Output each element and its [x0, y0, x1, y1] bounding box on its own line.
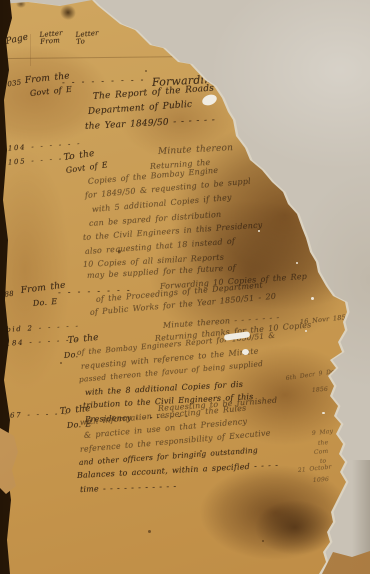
entry-1105-number: 1105 - - - - -	[2, 155, 73, 167]
paper-speck	[296, 262, 298, 264]
entry-ibid-number: Ibid 2 - - - - -	[2, 323, 80, 334]
entry-2567-subject-line: time - - - - - - - - - - -	[80, 483, 177, 495]
paper-hole	[201, 93, 219, 108]
manuscript-page: Page Letter From Letter To Subject 1035 …	[0, 0, 370, 574]
paper-speck	[305, 330, 307, 332]
entry-188-from2: Do. E	[33, 298, 58, 308]
entry-2567-margin-note: 21 Octobr	[298, 464, 332, 474]
column-header-letter-to: Letter To	[75, 30, 99, 47]
entry-2184-to: To the	[68, 334, 100, 347]
column-header-letter-from: Letter From	[39, 30, 63, 47]
paper-spot	[148, 530, 151, 533]
column-header-page: Page	[5, 33, 29, 47]
paper-spot	[60, 362, 62, 364]
entry-1105-subject-line: Minute thereon	[158, 144, 234, 157]
entry-2567-margin-note: 1096	[313, 477, 329, 484]
paper-spot	[262, 540, 264, 542]
ink-blot	[58, 3, 78, 23]
entry-1105-to2: Govt of E	[65, 161, 108, 175]
scanned-register-page: Page Letter From Letter To Subject 1035 …	[0, 0, 370, 574]
entry-2567-number: 2567 - - - - -	[0, 411, 68, 421]
paper-speck	[258, 230, 260, 232]
paper-speck	[311, 297, 314, 300]
paper-speck	[322, 412, 325, 414]
entry-2184-margin-date: 1856	[312, 387, 329, 395]
entry-2567-margin-note: Com	[314, 449, 329, 457]
entry-2184-margin-date: 6th Decr 9 Decr	[286, 368, 342, 382]
column-header-subject: Subject	[168, 41, 196, 49]
entry-2567-margin-note: the	[318, 440, 329, 447]
entry-1035-from2: Govt of E	[30, 86, 73, 99]
entry-1035-subject-line: The Report of the Roads	[93, 85, 215, 103]
entry-1035-subject-line: the Year 1849/50 - - - - - -	[85, 116, 216, 132]
bottom-stain	[255, 500, 335, 555]
left-column-stain	[0, 150, 70, 390]
paper-spot	[145, 70, 147, 72]
entry-1035-subject-line: Department of Public	[88, 101, 193, 118]
ink-blot	[16, 0, 26, 8]
entry-2567-margin-note: 9 May	[312, 429, 334, 437]
entry-1105-to: To the	[63, 150, 95, 164]
page-column-rule	[30, 34, 31, 66]
entry-1035-leader: - - - - - - - - -	[62, 76, 145, 87]
